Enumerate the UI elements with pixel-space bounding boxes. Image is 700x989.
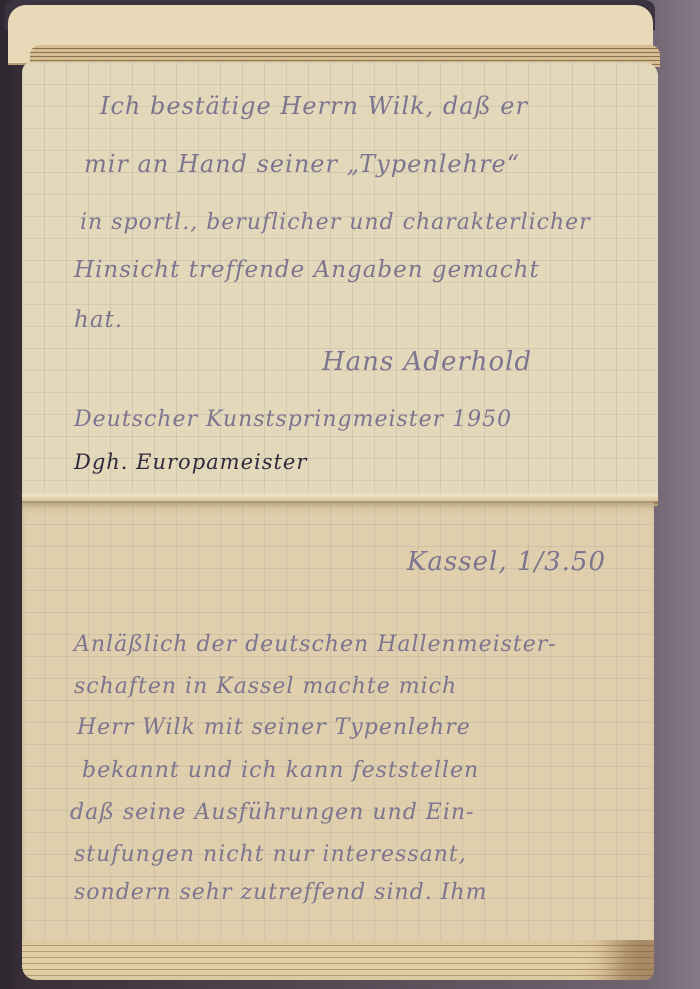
handwritten-line: Anläßlich der deutschen Hallenmeister- — [74, 632, 557, 657]
handwritten-line: schaften in Kassel machte mich — [74, 674, 457, 699]
handwritten-line: Hinsicht treffende Angaben gemacht — [74, 257, 540, 283]
title-line: Deutscher Kunstspringmeister 1950 — [74, 407, 512, 432]
handwritten-line: Ich bestätige Herrn Wilk, daß er — [100, 92, 528, 120]
handwritten-line: daß seine Ausführungen und Ein- — [70, 800, 474, 825]
place-date: Kassel, 1/3.50 — [407, 547, 606, 577]
handwritten-line: mir an Hand seiner „Typenlehre“ — [84, 150, 520, 178]
subtitle-line: Dgh. Europameister — [74, 450, 307, 474]
signature: Hans Aderhold — [322, 347, 532, 377]
notebook-page-top: Ich bestätige Herrn Wilk, daß er mir an … — [22, 62, 658, 502]
handwritten-line: sondern sehr zutreffend sind. Ihm — [74, 880, 487, 905]
handwritten-line: bekannt und ich kann feststellen — [82, 758, 479, 783]
handwritten-line: Herr Wilk mit seiner Typenlehre — [77, 715, 471, 740]
handwritten-line: hat. — [74, 307, 123, 333]
notebook-page-bottom: Kassel, 1/3.50 Anläßlich der deutschen H… — [22, 502, 654, 942]
handwritten-line: stufungen nicht nur interessant, — [74, 842, 467, 867]
page-stack-bottom — [22, 940, 654, 980]
handwritten-line: in sportl., beruflicher und charakterlic… — [80, 210, 591, 235]
